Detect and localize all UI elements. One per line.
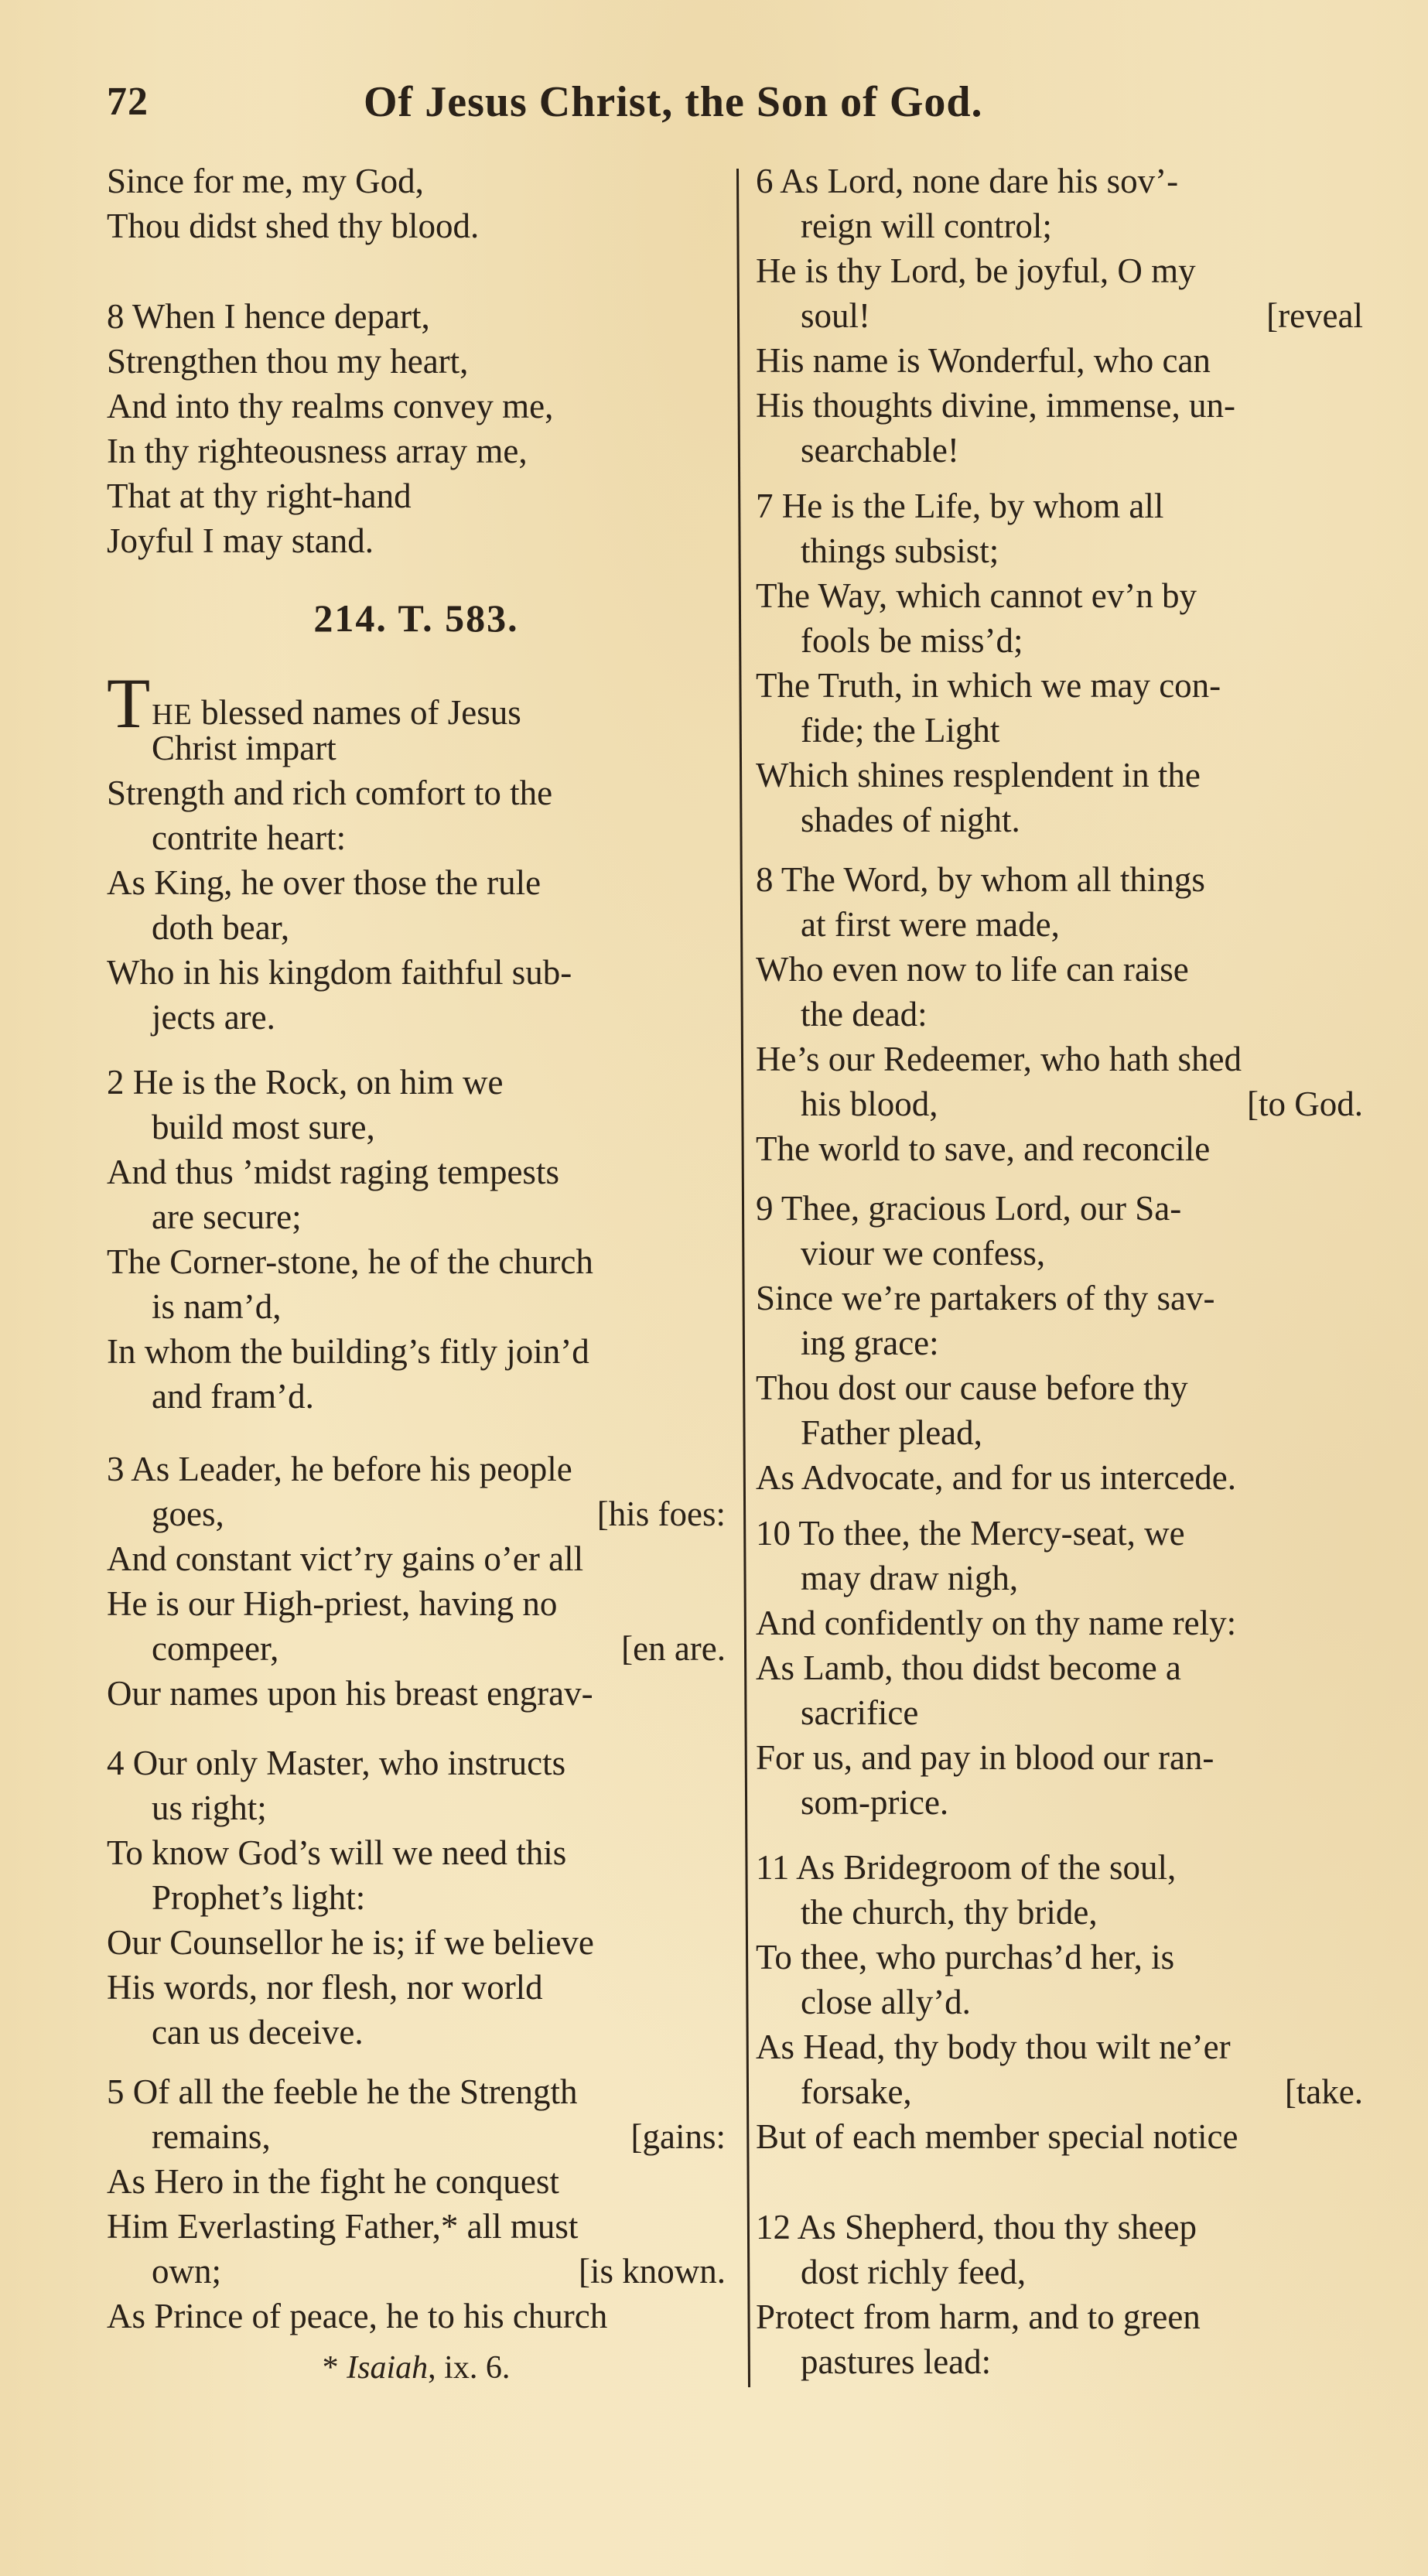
hymn-heading: 214. T. 583. xyxy=(107,596,726,641)
verse-line-text: Which shines resplendent in the xyxy=(756,756,1201,794)
verse-line: 9 Thee, gracious Lord, our Sa- xyxy=(756,1186,1363,1231)
stanza-2: 2 He is the Rock, on him webuild most su… xyxy=(107,1060,726,1419)
stanza-12: 12 As Shepherd, thou thy sheepdost richl… xyxy=(756,2205,1363,2384)
verse-line: at first were made, xyxy=(756,902,1363,947)
stanza-10: 10 To thee, the Mercy-seat, wemay draw n… xyxy=(756,1511,1363,1825)
verse-line: 4 Our only Master, who instructs xyxy=(107,1741,726,1785)
verse-line-text: As Lamb, thou didst become a xyxy=(756,1648,1181,1687)
verse-line: But of each member special notice xyxy=(756,2114,1363,2159)
verse-line: fools be miss’d; xyxy=(756,618,1363,663)
verse-line: som-price. xyxy=(756,1780,1363,1825)
verse-line: Our Counsellor he is; if we believe xyxy=(107,1920,726,1965)
verse-line: 12 As Shepherd, thou thy sheep xyxy=(756,2205,1363,2250)
verse-line: ing grace: xyxy=(756,1320,1363,1365)
verse-line: 3 As Leader, he before his people xyxy=(107,1447,726,1491)
verse-line: goes,[his foes: xyxy=(107,1491,726,1536)
running-head: 72 Of Jesus Christ, the Son of God. xyxy=(0,77,1428,132)
verse-line: is nam’d, xyxy=(107,1284,726,1329)
verse-line: The Corner-stone, he of the church xyxy=(107,1239,726,1284)
verse-line: searchable! xyxy=(756,428,1363,473)
verse-line-text: Strengthen thou my heart, xyxy=(107,342,468,381)
verse-line: In whom the building’s fitly join’d xyxy=(107,1329,726,1374)
verse-line: 8 When I hence depart, xyxy=(107,294,726,339)
verse-line-text: 4 Our only Master, who instructs xyxy=(107,1744,565,1782)
verse-line: As King, he over those the rule xyxy=(107,860,726,905)
verse-line: His name is Wonderful, who can xyxy=(756,338,1363,383)
footnote-marker: * xyxy=(323,2350,339,2386)
verse-line: close ally’d. xyxy=(756,1980,1363,2024)
page-number: 72 xyxy=(107,79,149,125)
verse-line-text: is nam’d, xyxy=(152,1287,281,1326)
verse-line-text: He is our High-priest, having no xyxy=(107,1584,557,1623)
verse-line-text: dost richly feed, xyxy=(801,2253,1026,2291)
verse-line: doth bear, xyxy=(107,905,726,950)
verse-line-text: fools be miss’d; xyxy=(801,621,1023,660)
verse-line: Father plead, xyxy=(756,1410,1363,1455)
verse-line-text: us right; xyxy=(152,1789,267,1827)
verse-line-text: own; xyxy=(152,2252,221,2291)
verse-line: As Lamb, thou didst become a xyxy=(756,1645,1363,1690)
verse-line: Thou dost our cause before thy xyxy=(756,1365,1363,1410)
verse-line-text: shades of night. xyxy=(801,801,1020,839)
verse-line: Since for me, my God, xyxy=(107,159,726,203)
verse-line-text: And into thy realms convey me, xyxy=(107,387,553,425)
verse-line-text: 10 To thee, the Mercy-seat, we xyxy=(756,1514,1185,1553)
verse-line: His thoughts divine, immense, un- xyxy=(756,383,1363,428)
verse-line: sacrifice xyxy=(756,1690,1363,1735)
verse-line: build most sure, xyxy=(107,1105,726,1150)
stanza-8-right: 8 The Word, by whom all thingsat first w… xyxy=(756,857,1363,1171)
stanza-4: 4 Our only Master, who instructsus right… xyxy=(107,1741,726,2055)
verse-line-text: 8 The Word, by whom all things xyxy=(756,860,1205,899)
column-divider xyxy=(736,169,750,2387)
verse-line-text: at first were made, xyxy=(801,905,1060,944)
verse-line-text: his blood, xyxy=(801,1085,938,1123)
footnote-chapter-verse: , ix. 6. xyxy=(428,2350,510,2386)
verse-line-text: In whom the building’s fitly join’d xyxy=(107,1332,589,1371)
stanza-3: 3 As Leader, he before his peoplegoes,[h… xyxy=(107,1447,726,1716)
verse-line: And confidently on thy name rely: xyxy=(756,1601,1363,1645)
verse-line-text: The world to save, and reconcile xyxy=(756,1129,1210,1168)
verse-line-text: Father plead, xyxy=(801,1413,982,1452)
hymnal-page: 72 Of Jesus Christ, the Son of God. Sinc… xyxy=(0,0,1428,2576)
verse-line: the church, thy bride, xyxy=(756,1890,1363,1935)
verse-line: To know God’s will we need this xyxy=(107,1830,726,1875)
verse-line: viour we confess, xyxy=(756,1231,1363,1276)
verse-line: Which shines resplendent in the xyxy=(756,753,1363,798)
verse-line-text: As Prince of peace, he to his church xyxy=(107,2297,607,2335)
verse-line-text: and fram’d. xyxy=(152,1377,314,1416)
verse-line-text: som-price. xyxy=(801,1783,948,1822)
verse-line-text: 7 He is the Life, by whom all xyxy=(756,487,1163,525)
verse-line-text: The Way, which cannot ev’n by xyxy=(756,576,1197,615)
verse-line-text: That at thy right-hand xyxy=(107,477,412,515)
verse-line-text: sacrifice xyxy=(801,1693,918,1732)
verse-line-text: Our names upon his breast engrav- xyxy=(107,1674,593,1713)
verse-line-text: Thou dost our cause before thy xyxy=(756,1368,1188,1407)
verse-line: Who in his kingdom faithful sub- xyxy=(107,950,726,995)
verse-line: dost richly feed, xyxy=(756,2250,1363,2294)
verse-line-text: As Hero in the fight he conquest xyxy=(107,2162,559,2201)
verse-line-text: reign will control; xyxy=(801,207,1052,245)
verse-line-text: can us deceive. xyxy=(152,2013,364,2052)
verse-line-text: 12 As Shepherd, thou thy sheep xyxy=(756,2208,1197,2246)
verse-line-text: To know God’s will we need this xyxy=(107,1833,566,1872)
verse-line-text: Him Everlasting Father,* all must xyxy=(107,2207,578,2246)
verse-line-text: Who even now to life can raise xyxy=(756,950,1189,989)
verse-line: As Prince of peace, he to his church xyxy=(107,2294,726,2339)
stanza-9: 9 Thee, gracious Lord, our Sa-viour we c… xyxy=(756,1186,1363,1500)
verse-line: For us, and pay in blood our ran- xyxy=(756,1735,1363,1780)
footnote: * Isaiah, ix. 6. xyxy=(107,2345,726,2390)
verse-line: Strength and rich comfort to the xyxy=(107,770,726,815)
hymn-214-lines: Christ impartStrength and rich comfort t… xyxy=(107,726,726,1040)
stanza-7: 7 He is the Life, by whom allthings subs… xyxy=(756,483,1363,842)
verse-line-text: Thou didst shed thy blood. xyxy=(107,207,479,245)
verse-line-text: doth bear, xyxy=(152,908,289,947)
verse-line: contrite heart: xyxy=(107,815,726,860)
verse-line-text: 8 When I hence depart, xyxy=(107,297,430,336)
turnover-bracket: [take. xyxy=(1285,2069,1363,2114)
verse-line-text: forsake, xyxy=(801,2072,912,2111)
verse-line-text: ing grace: xyxy=(801,1324,939,1362)
verse-line: forsake,[take. xyxy=(756,2069,1363,2114)
stanza-11: 11 As Bridegroom of the soul,the church,… xyxy=(756,1845,1363,2159)
verse-line-text: To thee, who purchas’d her, is xyxy=(756,1938,1174,1976)
verse-line: own;[is known. xyxy=(107,2249,726,2294)
footnote-reference: Isaiah xyxy=(347,2350,428,2386)
verse-line-text: the church, thy bride, xyxy=(801,1893,1098,1932)
verse-line: Since we’re partakers of thy sav- xyxy=(756,1276,1363,1320)
verse-line: and fram’d. xyxy=(107,1374,726,1419)
verse-line: things subsist; xyxy=(756,528,1363,573)
verse-line: Joyful I may stand. xyxy=(107,518,726,563)
verse-line-text: Who in his kingdom faithful sub- xyxy=(107,953,572,992)
verse-line-text: His words, nor flesh, nor world xyxy=(107,1968,543,2007)
verse-line: And into thy realms convey me, xyxy=(107,384,726,429)
verse-line-text: Joyful I may stand. xyxy=(107,521,374,560)
verse-line: To thee, who purchas’d her, is xyxy=(756,1935,1363,1980)
verse-line-text: Strength and rich comfort to the xyxy=(107,774,552,812)
verse-line-text: 5 Of all the feeble he the Strength xyxy=(107,2072,578,2111)
verse-line-text: For us, and pay in blood our ran- xyxy=(756,1738,1214,1777)
verse-line-text: Since we’re partakers of thy sav- xyxy=(756,1279,1215,1317)
verse-line-text: But of each member special notice xyxy=(756,2117,1238,2156)
verse-line: The world to save, and reconcile xyxy=(756,1126,1363,1171)
verse-line-text: Christ impart xyxy=(152,729,337,767)
verse-line: And thus ’midst raging tempests xyxy=(107,1150,726,1194)
verse-line-text: viour we confess, xyxy=(801,1234,1045,1273)
verse-line-text: In thy righteousness array me, xyxy=(107,432,528,470)
verse-line-text: compeer, xyxy=(152,1629,278,1668)
verse-line-text: As Advocate, and for us intercede. xyxy=(756,1458,1236,1497)
verse-line: can us deceive. xyxy=(107,2010,726,2055)
verse-line-text: Protect from harm, and to green xyxy=(756,2298,1201,2336)
verse-line: Christ impart xyxy=(107,726,726,770)
verse-line: 10 To thee, the Mercy-seat, we xyxy=(756,1511,1363,1556)
turnover-bracket: [is known. xyxy=(579,2249,726,2294)
verse-line-text: 3 As Leader, he before his people xyxy=(107,1450,572,1488)
hymn-first-line: THE blessed names of Jesus xyxy=(107,681,726,726)
verse-line: He is our High-priest, having no xyxy=(107,1581,726,1626)
verse-line-text: 2 He is the Rock, on him we xyxy=(107,1063,503,1102)
verse-line-text: jects are. xyxy=(152,998,275,1037)
verse-line: 2 He is the Rock, on him we xyxy=(107,1060,726,1105)
verse-line: The Way, which cannot ev’n by xyxy=(756,573,1363,618)
verse-line: fide; the Light xyxy=(756,708,1363,753)
turnover-bracket: [reveal xyxy=(1266,293,1363,338)
verse-line: Prophet’s light: xyxy=(107,1875,726,1920)
verse-line: are secure; xyxy=(107,1194,726,1239)
verse-line: The Truth, in which we may con- xyxy=(756,663,1363,708)
stanza-8-left: 8 When I hence depart,Strengthen thou my… xyxy=(107,294,726,563)
verse-line: In thy righteousness array me, xyxy=(107,429,726,473)
verse-line: 7 He is the Life, by whom all xyxy=(756,483,1363,528)
verse-line-text: fide; the Light xyxy=(801,711,999,750)
verse-line: Him Everlasting Father,* all must xyxy=(107,2204,726,2249)
verse-line: That at thy right-hand xyxy=(107,473,726,518)
verse-line-text: the dead: xyxy=(801,995,928,1033)
verse-line-text: close ally’d. xyxy=(801,1983,971,2021)
verse-line: Thou didst shed thy blood. xyxy=(107,203,726,248)
verse-line-text: searchable! xyxy=(801,431,959,470)
verse-line: the dead: xyxy=(756,992,1363,1037)
verse-line: 5 Of all the feeble he the Strength xyxy=(107,2069,726,2114)
verse-line: His words, nor flesh, nor world xyxy=(107,1965,726,2010)
verse-line: As Head, thy body thou wilt ne’er xyxy=(756,2024,1363,2069)
verse-line-text: build most sure, xyxy=(152,1108,375,1146)
verse-line: reign will control; xyxy=(756,203,1363,248)
verse-line-text: And confidently on thy name rely: xyxy=(756,1604,1236,1642)
verse-line: He is thy Lord, be joyful, O my xyxy=(756,248,1363,293)
verse-line: 8 The Word, by whom all things xyxy=(756,857,1363,902)
verse-line-text: And constant vict’ry gains o’er all xyxy=(107,1539,583,1578)
verse-line: remains,[gains: xyxy=(107,2114,726,2159)
verse-line: shades of night. xyxy=(756,798,1363,842)
verse-line-text: And thus ’midst raging tempests xyxy=(107,1153,559,1191)
verse-line-text: He’s our Redeemer, who hath shed xyxy=(756,1040,1242,1078)
verse-line: soul![reveal xyxy=(756,293,1363,338)
hymn-214-first-stanza: THE blessed names of Jesus Christ impart… xyxy=(107,681,726,1040)
verse-line: Strengthen thou my heart, xyxy=(107,339,726,384)
verse-line-text: Since for me, my God, xyxy=(107,162,424,200)
verse-line: his blood,[to God. xyxy=(756,1081,1363,1126)
verse-line: As Hero in the fight he conquest xyxy=(107,2159,726,2204)
verse-line-text: are secure; xyxy=(152,1197,302,1236)
verse-line-text: pastures lead: xyxy=(801,2342,991,2381)
verse-line-text: things subsist; xyxy=(801,531,999,570)
turnover-bracket: [gains: xyxy=(631,2114,726,2159)
verse-line: jects are. xyxy=(107,995,726,1040)
stanza-5: 5 Of all the feeble he the Strengthremai… xyxy=(107,2069,726,2339)
turnover-bracket: [to God. xyxy=(1247,1081,1363,1126)
verse-line: As Advocate, and for us intercede. xyxy=(756,1455,1363,1500)
stanza-continuation: Since for me, my God,Thou didst shed thy… xyxy=(107,159,726,248)
turnover-bracket: [en are. xyxy=(621,1626,726,1671)
verse-line-text: 6 As Lord, none dare his sov’- xyxy=(756,162,1178,200)
verse-line-text: 11 As Bridegroom of the soul, xyxy=(756,1848,1176,1887)
verse-line: Protect from harm, and to green xyxy=(756,2294,1363,2339)
verse-line: Who even now to life can raise xyxy=(756,947,1363,992)
stanza-6: 6 As Lord, none dare his sov’-reign will… xyxy=(756,159,1363,473)
verse-line-text: As Head, thy body thou wilt ne’er xyxy=(756,2028,1231,2066)
verse-line-text: may draw nigh, xyxy=(801,1559,1018,1597)
verse-line: Our names upon his breast engrav- xyxy=(107,1671,726,1716)
verse-line: may draw nigh, xyxy=(756,1556,1363,1601)
verse-line-text: Our Counsellor he is; if we believe xyxy=(107,1923,594,1962)
verse-line-text: His name is Wonderful, who can xyxy=(756,341,1211,380)
verse-line-text: soul! xyxy=(801,296,870,335)
turnover-bracket: [his foes: xyxy=(597,1491,726,1536)
verse-line-text: Prophet’s light: xyxy=(152,1878,365,1917)
verse-line: pastures lead: xyxy=(756,2339,1363,2384)
verse-line-text: His thoughts divine, immense, un- xyxy=(756,386,1235,425)
verse-line-text: remains, xyxy=(152,2117,271,2156)
verse-line-text: The Truth, in which we may con- xyxy=(756,666,1221,705)
verse-line: us right; xyxy=(107,1785,726,1830)
verse-line: compeer,[en are. xyxy=(107,1626,726,1671)
page-title: Of Jesus Christ, the Son of God. xyxy=(364,77,983,127)
verse-line-text: contrite heart: xyxy=(152,818,346,857)
verse-line-text: As King, he over those the rule xyxy=(107,863,541,902)
verse-line-text: The Corner-stone, he of the church xyxy=(107,1242,593,1281)
verse-line: 11 As Bridegroom of the soul, xyxy=(756,1845,1363,1890)
verse-line: 6 As Lord, none dare his sov’- xyxy=(756,159,1363,203)
verse-line-text: goes, xyxy=(152,1495,224,1533)
verse-line-text: He is thy Lord, be joyful, O my xyxy=(756,251,1196,290)
verse-line-text: 9 Thee, gracious Lord, our Sa- xyxy=(756,1189,1181,1228)
verse-line: And constant vict’ry gains o’er all xyxy=(107,1536,726,1581)
verse-line: He’s our Redeemer, who hath shed xyxy=(756,1037,1363,1081)
